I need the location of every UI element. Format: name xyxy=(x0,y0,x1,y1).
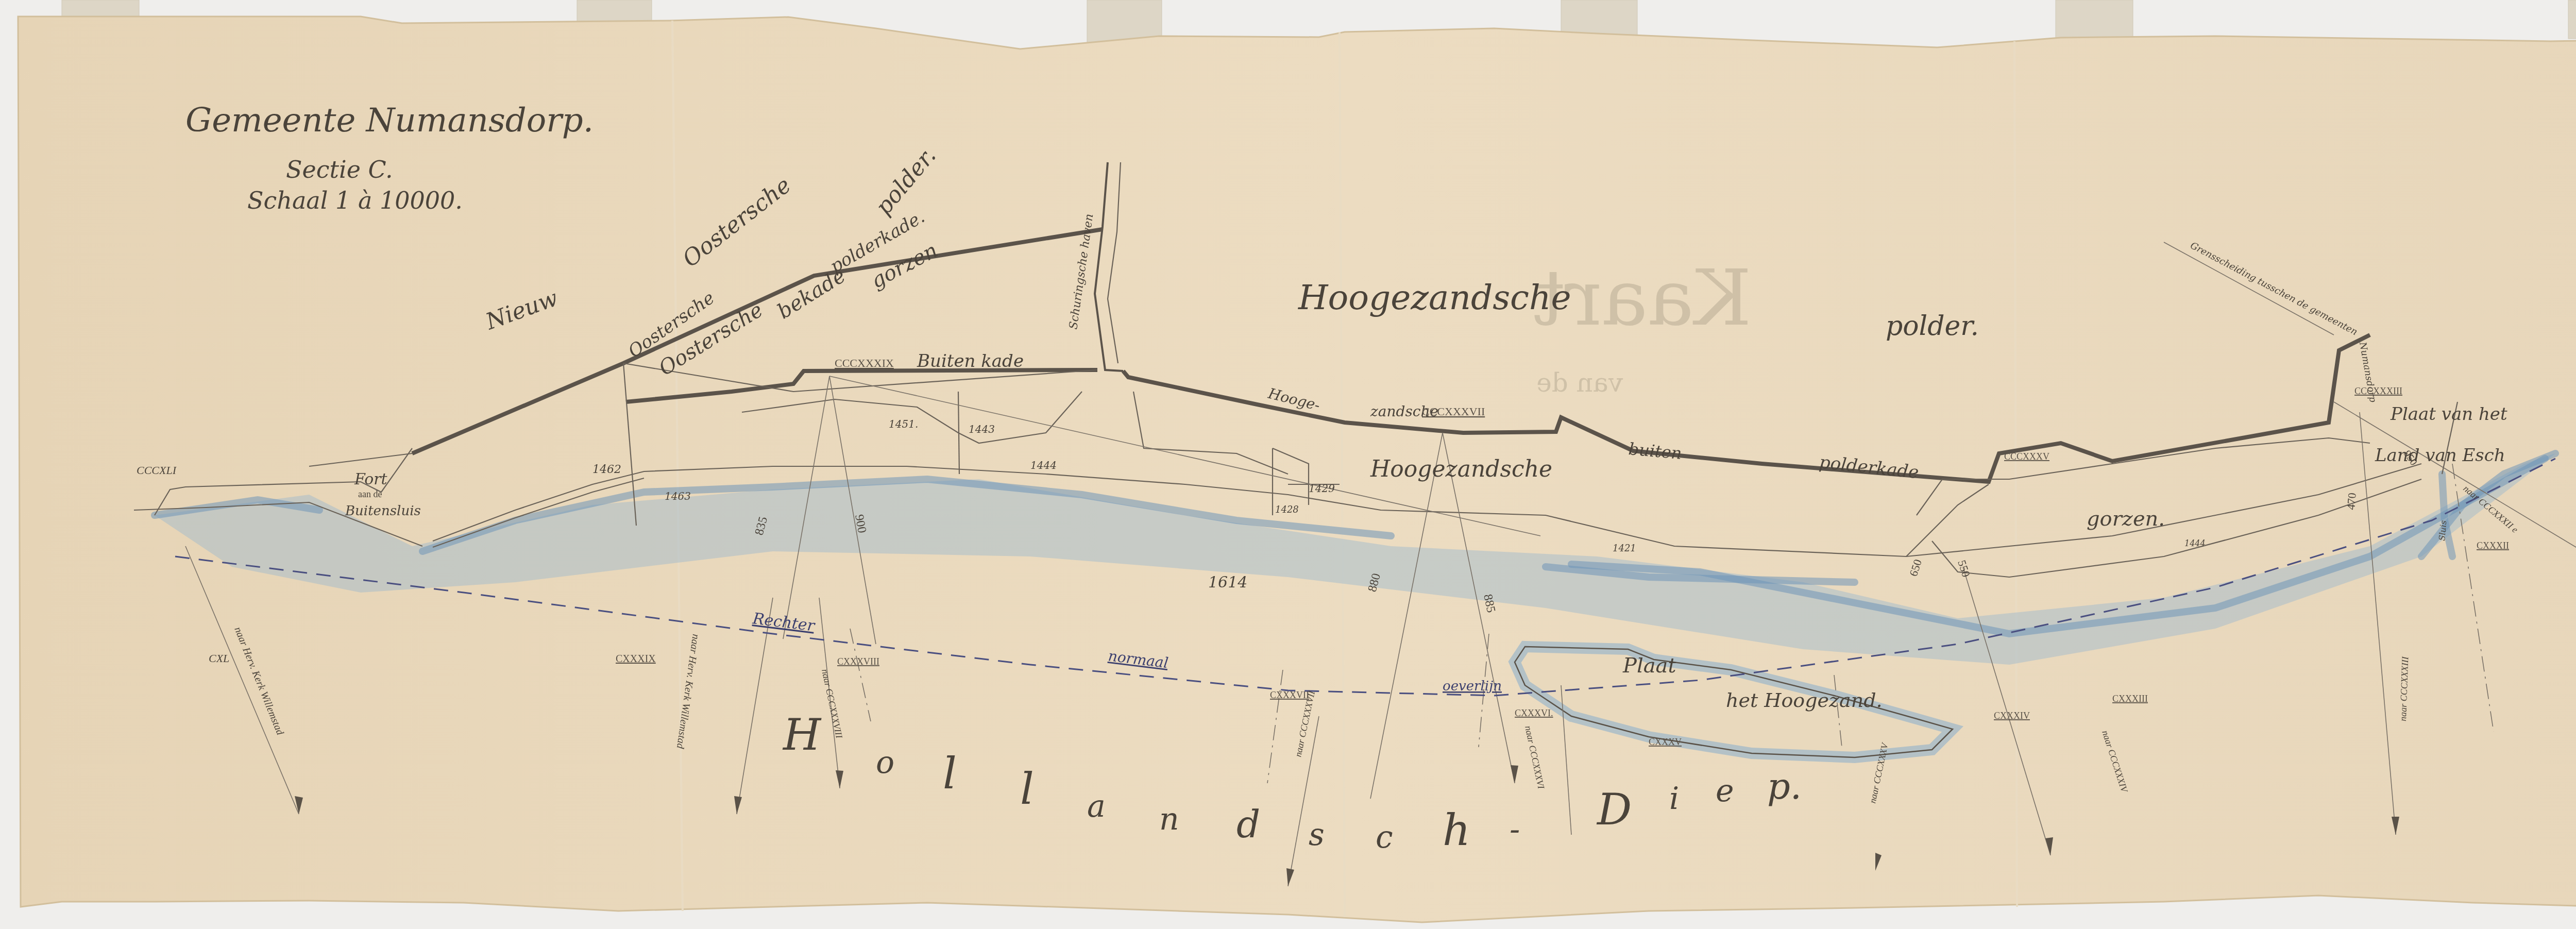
section-label: Sectie C. xyxy=(286,156,393,183)
svg-text:CXXXVI.: CXXXVI. xyxy=(1515,708,1553,718)
svg-text:van de: van de xyxy=(1536,368,1623,398)
svg-text:Land van Esch: Land van Esch xyxy=(2375,445,2505,466)
scale-label: Schaal 1 à 10000. xyxy=(247,187,463,214)
svg-text:CXXXII: CXXXII xyxy=(2477,540,2509,551)
svg-text:aan de: aan de xyxy=(358,489,382,499)
svg-text:CXXXV: CXXXV xyxy=(1649,737,1682,747)
svg-text:CCCXXXIII: CCCXXXIII xyxy=(2354,386,2402,396)
svg-text:Hoogezandsche: Hoogezandsche xyxy=(1298,278,1571,317)
svg-text:CXXXVIII: CXXXVIII xyxy=(837,656,879,667)
svg-text:1444: 1444 xyxy=(2184,538,2206,548)
svg-text:n: n xyxy=(1159,801,1179,837)
svg-text:s: s xyxy=(1309,817,1325,853)
svg-text:l: l xyxy=(943,748,957,799)
svg-text:470: 470 xyxy=(2344,492,2359,510)
map-canvas: Kaart van de Plaat het Hoogezand. xyxy=(0,0,2576,929)
tape-strip xyxy=(2568,0,2576,39)
svg-text:Buiten kade: Buiten kade xyxy=(917,351,1024,371)
svg-text:1443: 1443 xyxy=(969,423,995,435)
svg-text:oeverlijn: oeverlijn xyxy=(1443,679,1502,694)
svg-text:l: l xyxy=(1020,764,1034,814)
tape-strip xyxy=(2056,0,2133,41)
svg-text:polder.: polder. xyxy=(1886,311,1979,342)
svg-text:h: h xyxy=(1443,805,1470,855)
svg-text:H: H xyxy=(782,710,822,760)
svg-text:het Hoogezand.: het Hoogezand. xyxy=(1726,689,1883,712)
svg-text:Buitensluis: Buitensluis xyxy=(345,503,421,519)
svg-text:a: a xyxy=(1087,788,1106,824)
municipality-title: Gemeente Numansdorp. xyxy=(185,102,594,140)
svg-text:D: D xyxy=(1596,784,1632,835)
svg-text:1444: 1444 xyxy=(1030,459,1057,471)
svg-text:CCCXXXV: CCCXXXV xyxy=(2004,451,2049,462)
svg-text:gorzen.: gorzen. xyxy=(2087,507,2165,531)
svg-text:CXXXIII: CXXXIII xyxy=(2112,694,2148,704)
svg-text:e: e xyxy=(1716,773,1734,809)
svg-text:CXXXIX: CXXXIX xyxy=(616,653,656,665)
tape-strip xyxy=(1561,0,1637,36)
parcel-1614: 1614 xyxy=(1208,573,1247,592)
svg-text:Plaat van het: Plaat van het xyxy=(2390,404,2507,425)
svg-text:CXXXVII: CXXXVII xyxy=(1270,690,1309,700)
svg-text:d: d xyxy=(1236,803,1260,846)
svg-text:1462: 1462 xyxy=(592,463,621,476)
fort-label: Fort xyxy=(354,470,388,488)
sluis-label: Sluis xyxy=(2437,520,2448,541)
svg-text:p.: p. xyxy=(1767,765,1802,807)
svg-text:1463: 1463 xyxy=(665,490,691,502)
svg-text:c: c xyxy=(1376,819,1393,855)
svg-text:1421: 1421 xyxy=(1613,543,1636,554)
svg-text:CCCXXXIX: CCCXXXIX xyxy=(835,357,894,369)
svg-text:1451.: 1451. xyxy=(889,418,918,430)
svg-text:CXXXIV: CXXXIV xyxy=(1994,711,2030,721)
svg-text:o: o xyxy=(876,745,894,781)
svg-text:1429: 1429 xyxy=(1309,482,1335,495)
svg-text:Hoogezandsche: Hoogezandsche xyxy=(1370,456,1552,482)
svg-text:CCCXLI: CCCXLI xyxy=(137,464,177,477)
svg-text:Plaat: Plaat xyxy=(1622,654,1676,678)
svg-text:CXL: CXL xyxy=(209,652,229,665)
paper-sheet xyxy=(18,16,2576,922)
svg-text:1428: 1428 xyxy=(1275,504,1299,515)
svg-text:i: i xyxy=(1669,781,1679,817)
svg-text:-: - xyxy=(1510,812,1520,848)
svg-text:CCCXXXVII: CCCXXXVII xyxy=(1422,405,1485,418)
